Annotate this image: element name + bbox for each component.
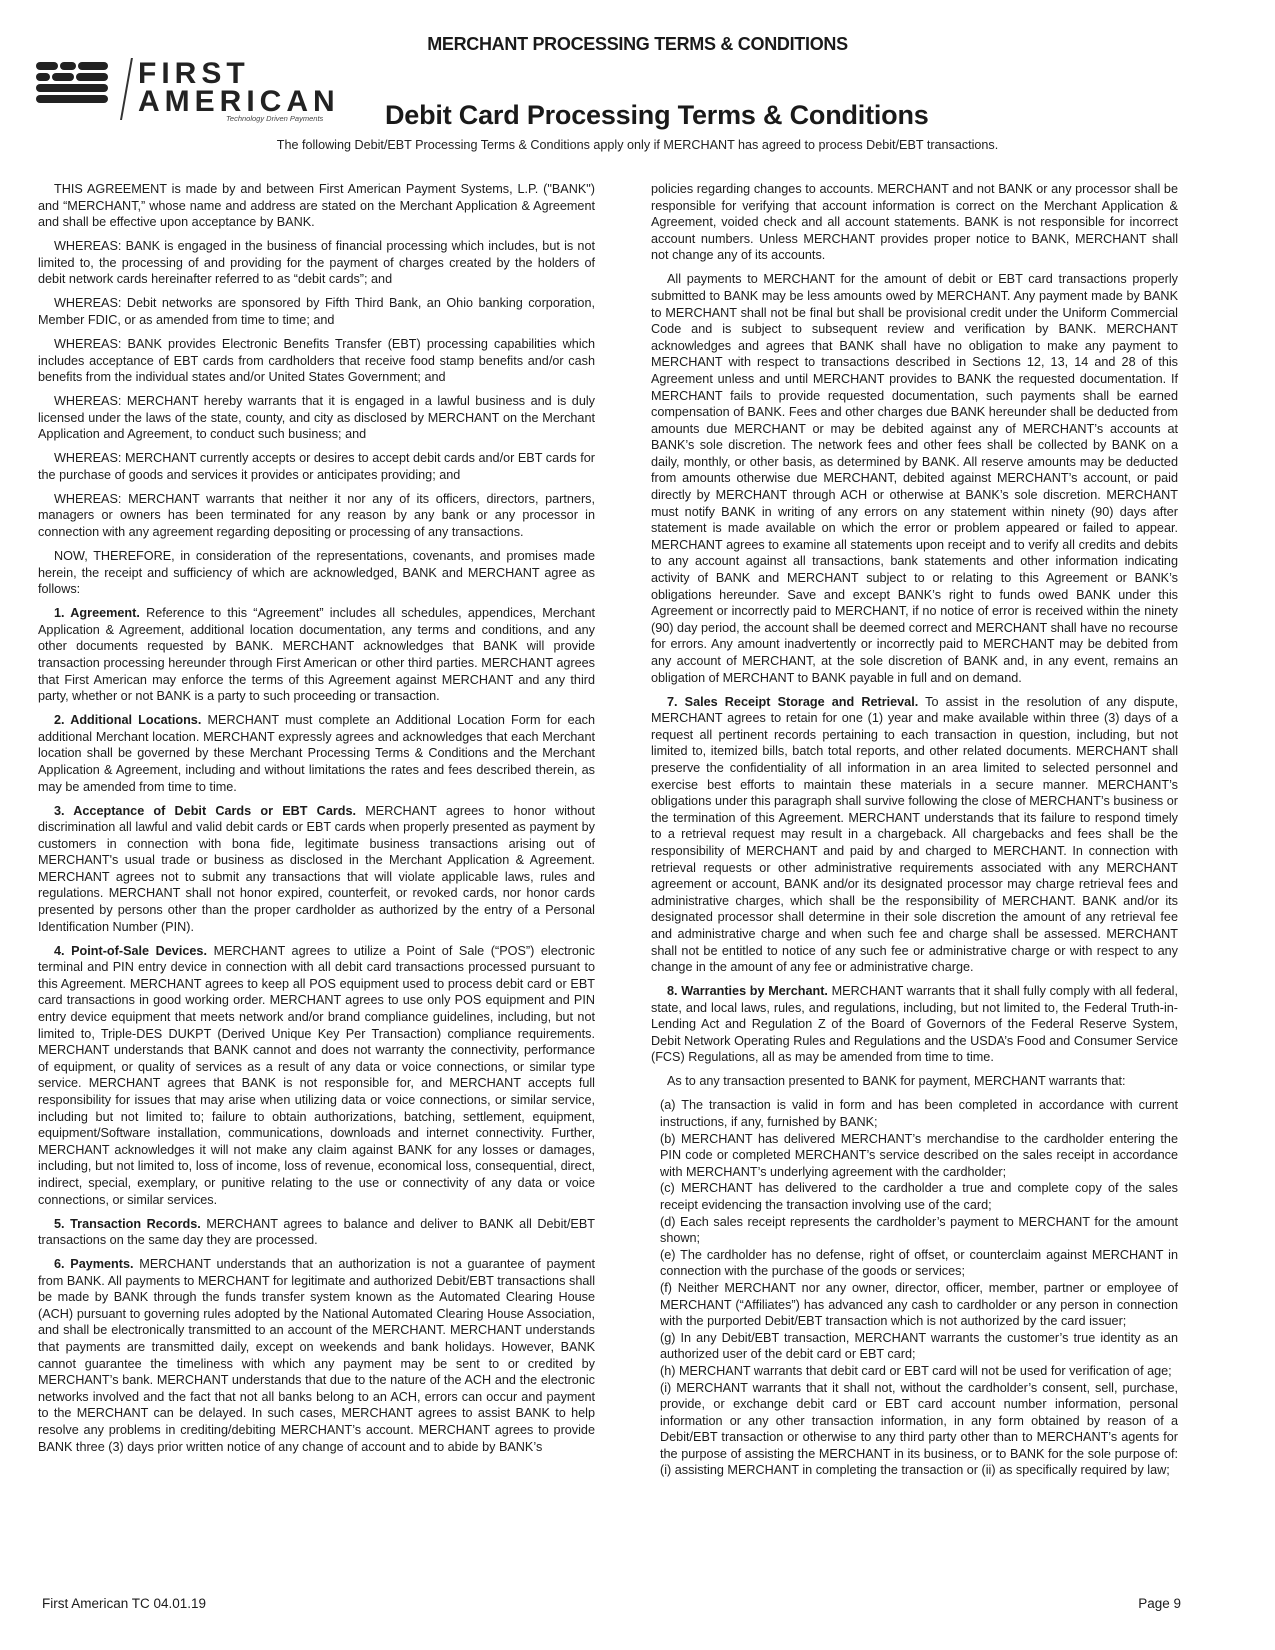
section-4-pos-devices: 4. Point-of-Sale Devices. MERCHANT agree… <box>38 943 595 1209</box>
section-body: MERCHANT agrees to honor without discrim… <box>38 804 595 934</box>
section-5-transaction-records: 5. Transaction Records. MERCHANT agrees … <box>38 1216 595 1249</box>
warranty-item-c: (c) MERCHANT has delivered to the cardho… <box>660 1180 1178 1213</box>
section-body: Reference to this “Agreement” includes a… <box>38 606 595 703</box>
section-heading: 8. Warranties by Merchant. <box>667 984 828 998</box>
section-heading: 5. Transaction Records. <box>54 1217 201 1231</box>
left-column: THIS AGREEMENT is made by and between Fi… <box>38 181 595 1463</box>
right-column: policies regarding changes to accounts. … <box>651 181 1178 1479</box>
intro-paragraph: THIS AGREEMENT is made by and between Fi… <box>38 181 595 231</box>
section-heading: 1. Agreement. <box>54 606 140 620</box>
first-american-stripes-icon <box>36 62 108 110</box>
section-6-payments: 6. Payments. MERCHANT understands that a… <box>38 1256 595 1455</box>
section-2-additional-locations: 2. Additional Locations. MERCHANT must c… <box>38 712 595 795</box>
now-therefore-paragraph: NOW, THEREFORE, in consideration of the … <box>38 548 595 598</box>
section-body: MERCHANT agrees to utilize a Point of Sa… <box>38 944 595 1207</box>
section-8-warranties: 8. Warranties by Merchant. MERCHANT warr… <box>651 983 1178 1066</box>
warranty-item-e: (e) The cardholder has no defense, right… <box>660 1247 1178 1280</box>
logo-first-text: FIRST <box>138 60 250 88</box>
section-body: To assist in the resolution of any dispu… <box>651 695 1178 975</box>
section-heading: 4. Point-of-Sale Devices. <box>54 944 207 958</box>
warranty-item-a: (a) The transaction is valid in form and… <box>660 1097 1178 1130</box>
section-heading: 3. Acceptance of Debit Cards or EBT Card… <box>54 804 356 818</box>
section-7-sales-receipt: 7. Sales Receipt Storage and Retrieval. … <box>651 694 1178 976</box>
whereas-paragraph: WHEREAS: BANK provides Electronic Benefi… <box>38 336 595 386</box>
whereas-paragraph: WHEREAS: MERCHANT warrants that neither … <box>38 491 595 541</box>
warranty-item-h: (h) MERCHANT warrants that debit card or… <box>660 1363 1178 1380</box>
section-heading: 6. Payments. <box>54 1257 134 1271</box>
section-heading: 7. Sales Receipt Storage and Retrieval. <box>667 695 918 709</box>
footer-doc-code: First American TC 04.01.19 <box>42 1596 206 1611</box>
logo-american-text: AMERICAN <box>138 88 340 116</box>
warranty-item-f: (f) Neither MERCHANT nor any owner, dire… <box>660 1280 1178 1330</box>
warranty-item-d: (d) Each sales receipt represents the ca… <box>660 1214 1178 1247</box>
whereas-paragraph: WHEREAS: MERCHANT hereby warrants that i… <box>38 393 595 443</box>
document-subtitle: The following Debit/EBT Processing Terms… <box>0 138 1275 152</box>
payments-paragraph: All payments to MERCHANT for the amount … <box>651 271 1178 686</box>
whereas-paragraph: WHEREAS: BANK is engaged in the business… <box>38 238 595 288</box>
warranty-item-i: (i) MERCHANT warrants that it shall not,… <box>660 1380 1178 1480</box>
warranty-list: (a) The transaction is valid in form and… <box>660 1097 1178 1479</box>
warranty-intro: As to any transaction presented to BANK … <box>651 1073 1178 1090</box>
section-heading: 2. Additional Locations. <box>54 713 201 727</box>
first-american-logo: FIRST AMERICAN Technology Driven Payment… <box>36 58 346 124</box>
page-header-title: MERCHANT PROCESSING TERMS & CONDITIONS <box>0 34 1275 55</box>
logo-tagline: Technology Driven Payments <box>226 114 323 123</box>
document-title: Debit Card Processing Terms & Conditions <box>385 100 929 131</box>
logo-divider <box>120 58 133 120</box>
warranty-item-b: (b) MERCHANT has delivered MERCHANT’s me… <box>660 1131 1178 1181</box>
payments-continuation: policies regarding changes to accounts. … <box>651 181 1178 264</box>
whereas-paragraph: WHEREAS: Debit networks are sponsored by… <box>38 295 595 328</box>
section-body: MERCHANT understands that an authorizati… <box>38 1257 595 1454</box>
section-3-acceptance: 3. Acceptance of Debit Cards or EBT Card… <box>38 803 595 936</box>
section-1-agreement: 1. Agreement. Reference to this “Agreeme… <box>38 605 595 705</box>
warranty-item-g: (g) In any Debit/EBT transaction, MERCHA… <box>660 1330 1178 1363</box>
whereas-paragraph: WHEREAS: MERCHANT currently accepts or d… <box>38 450 595 483</box>
footer-page-number: Page 9 <box>1138 1596 1181 1611</box>
